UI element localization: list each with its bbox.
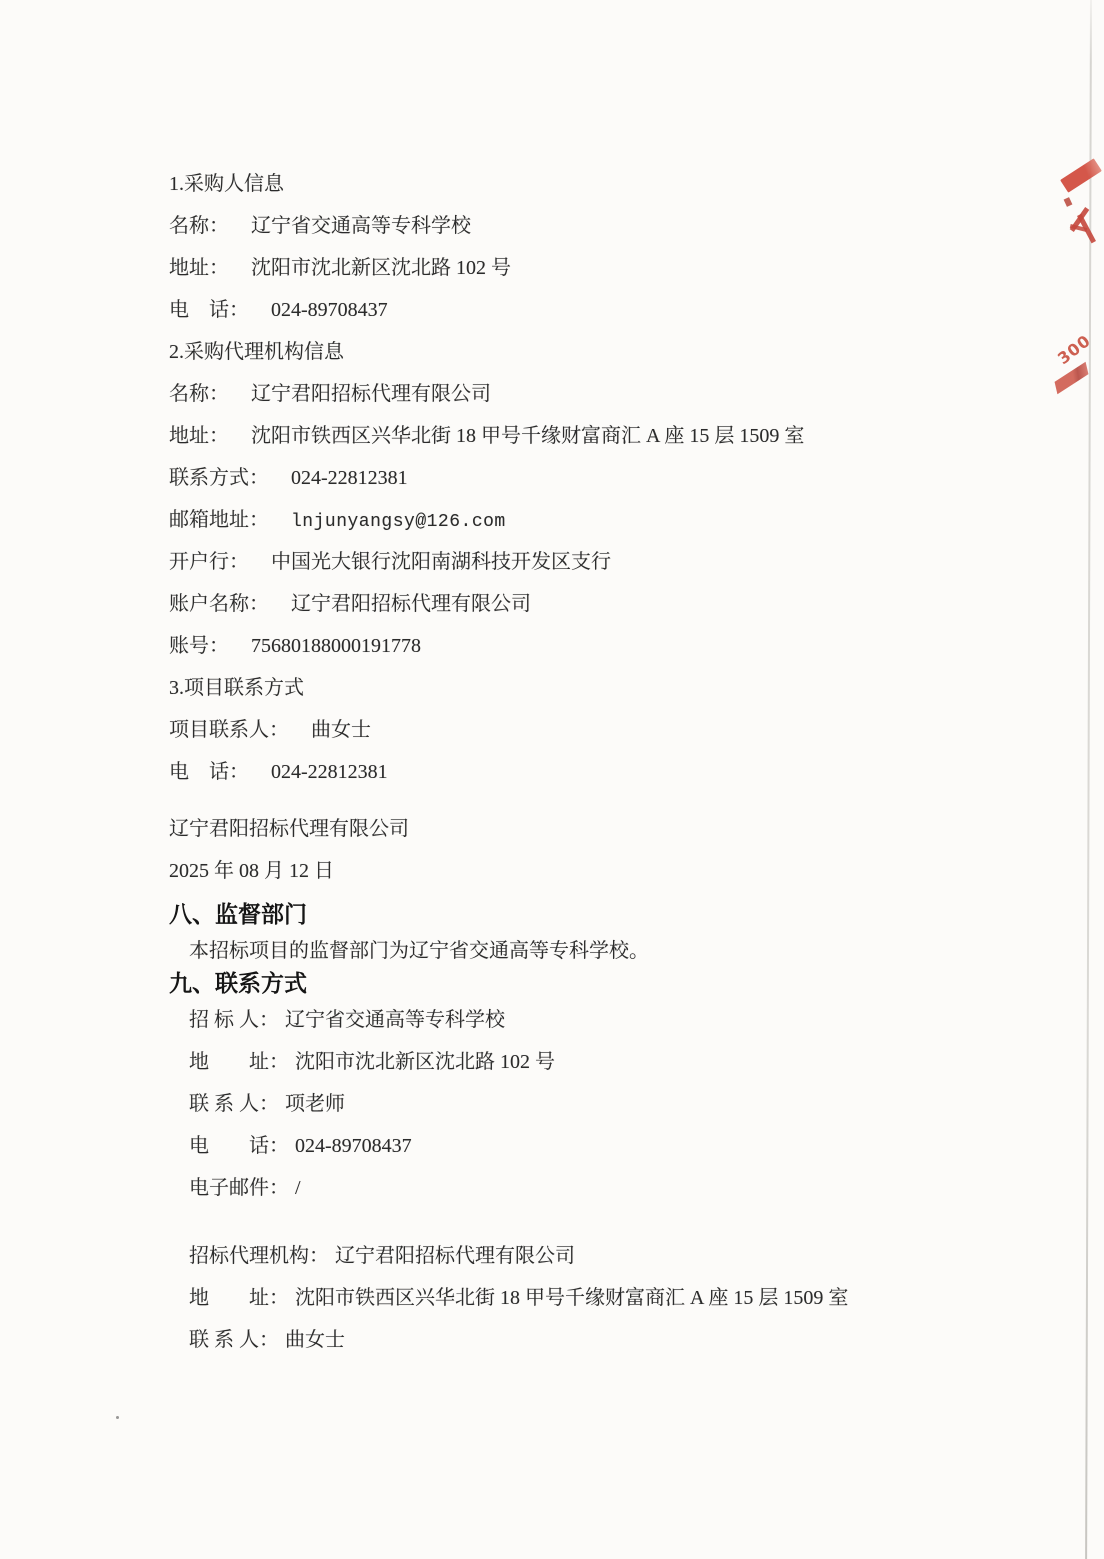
field-label: 地址：: [169, 425, 229, 447]
field-value: 辽宁君阳招标代理有限公司: [335, 1245, 575, 1267]
field-label: 项目联系人：: [169, 719, 289, 741]
agency-address-row: 地址：沈阳市铁西区兴华北街 18 甲号千缘财富商汇 A 座 15 层 1509 …: [169, 425, 1029, 447]
agency9-address-row: 地 址：沈阳市铁西区兴华北街 18 甲号千缘财富商汇 A 座 15 层 1509…: [169, 1287, 1029, 1309]
section-9-heading: 九、联系方式: [169, 971, 1029, 997]
field-value: /: [295, 1177, 301, 1199]
field-label: 邮箱地址：: [169, 509, 269, 531]
field-label: 账户名称：: [169, 593, 269, 615]
field-value: 辽宁君阳招标代理有限公司: [251, 383, 491, 405]
field-label: 招标代理机构：: [189, 1245, 329, 1267]
email-value: lnjunyangsy@126.com: [291, 512, 506, 532]
field-label: 账号：: [169, 635, 229, 657]
agency9-name-row: 招标代理机构：辽宁君阳招标代理有限公司: [169, 1245, 1029, 1267]
field-label: 联 系 人：: [189, 1093, 279, 1115]
tenderer-name-row: 招 标 人：辽宁省交通高等专科学校: [169, 1009, 1029, 1031]
tenderer-address-row: 地 址：沈阳市沈北新区沈北路 102 号: [169, 1051, 1029, 1073]
purchaser-phone-row: 电 话：024-89708437: [169, 299, 1029, 321]
stamp-band-mark: [1060, 158, 1102, 192]
field-value: 沈阳市沈北新区沈北路 102 号: [295, 1051, 555, 1073]
field-label: 名称：: [169, 215, 229, 237]
agency9-contact-row: 联 系 人：曲女士: [169, 1329, 1029, 1351]
section-2-heading: 2.采购代理机构信息: [169, 341, 1029, 363]
field-value: 024-22812381: [291, 467, 408, 489]
field-value: 项老师: [285, 1093, 345, 1115]
agency-bank-row: 开户行：中国光大银行沈阳南湖科技开发区支行: [169, 551, 1029, 573]
field-label: 名称：: [169, 383, 229, 405]
agency-account-number-row: 账号：75680188000191778: [169, 635, 1029, 657]
field-value: 024-89708437: [295, 1135, 412, 1157]
tenderer-contact-row: 联 系 人：项老师: [169, 1093, 1029, 1115]
section-8-heading: 八、监督部门: [169, 902, 1029, 928]
field-label: 地址：: [169, 257, 229, 279]
signature-company: 辽宁君阳招标代理有限公司: [169, 818, 1029, 840]
stamp-fragment-number-icon: 300: [1046, 334, 1104, 398]
field-value: 曲女士: [285, 1329, 345, 1351]
agency-account-name-row: 账户名称：辽宁君阳招标代理有限公司: [169, 593, 1029, 615]
field-value: 024-22812381: [271, 761, 388, 783]
field-label: 电 话：: [169, 299, 249, 321]
field-value: 沈阳市沈北新区沈北路 102 号: [251, 257, 511, 279]
field-value: 024-89708437: [271, 299, 388, 321]
field-value: 沈阳市铁西区兴华北街 18 甲号千缘财富商汇 A 座 15 层 1509 室: [295, 1287, 848, 1309]
field-value: 中国光大银行沈阳南湖科技开发区支行: [271, 551, 611, 573]
field-value: 辽宁省交通高等专科学校: [251, 215, 471, 237]
field-value: 75680188000191778: [251, 635, 421, 657]
field-label: 联系方式：: [169, 467, 269, 489]
field-label: 电子邮件：: [189, 1177, 289, 1199]
purchaser-address-row: 地址：沈阳市沈北新区沈北路 102 号: [169, 257, 1029, 279]
stamp-number-text: 300: [1054, 331, 1094, 368]
field-value: 沈阳市铁西区兴华北街 18 甲号千缘财富商汇 A 座 15 层 1509 室: [251, 425, 804, 447]
purchaser-name-row: 名称：辽宁省交通高等专科学校: [169, 215, 1029, 237]
field-label: 电 话：: [169, 761, 249, 783]
document-body: 1.采购人信息 名称：辽宁省交通高等专科学校 地址：沈阳市沈北新区沈北路 102…: [169, 173, 1029, 1371]
section-1-heading: 1.采购人信息: [169, 173, 1029, 195]
field-label: 电 话：: [189, 1135, 289, 1157]
stamp-speck-mark: [1064, 197, 1073, 207]
section-8-body: 本招标项目的监督部门为辽宁省交通高等专科学校。: [169, 940, 1029, 962]
field-label: 招 标 人：: [189, 1009, 279, 1031]
field-label: 联 系 人：: [189, 1329, 279, 1351]
agency-phone-row: 联系方式：024-22812381: [169, 467, 1029, 489]
section-3-heading: 3.项目联系方式: [169, 677, 1029, 699]
tenderer-email-row: 电子邮件：/: [169, 1177, 1029, 1199]
stamp-fragment-top-icon: [1055, 160, 1101, 258]
field-value: 曲女士: [311, 719, 371, 741]
agency-name-row: 名称：辽宁君阳招标代理有限公司: [169, 383, 1029, 405]
stamp-band-mark: [1055, 362, 1089, 395]
field-label: 地 址：: [189, 1287, 289, 1309]
agency-email-row: 邮箱地址：lnjunyangsy@126.com: [169, 509, 1029, 531]
field-value: 辽宁省交通高等专科学校: [285, 1009, 505, 1031]
scan-speck: [116, 1416, 119, 1419]
project-contact-row: 项目联系人：曲女士: [169, 719, 1029, 741]
project-phone-row: 电 话：024-22812381: [169, 761, 1029, 783]
tenderer-phone-row: 电 话：024-89708437: [169, 1135, 1029, 1157]
signature-date: 2025 年 08 月 12 日: [169, 860, 1029, 882]
field-label: 地 址：: [189, 1051, 289, 1073]
field-value: 辽宁君阳招标代理有限公司: [291, 593, 531, 615]
field-label: 开户行：: [169, 551, 249, 573]
document-page: 1.采购人信息 名称：辽宁省交通高等专科学校 地址：沈阳市沈北新区沈北路 102…: [0, 0, 1104, 1559]
